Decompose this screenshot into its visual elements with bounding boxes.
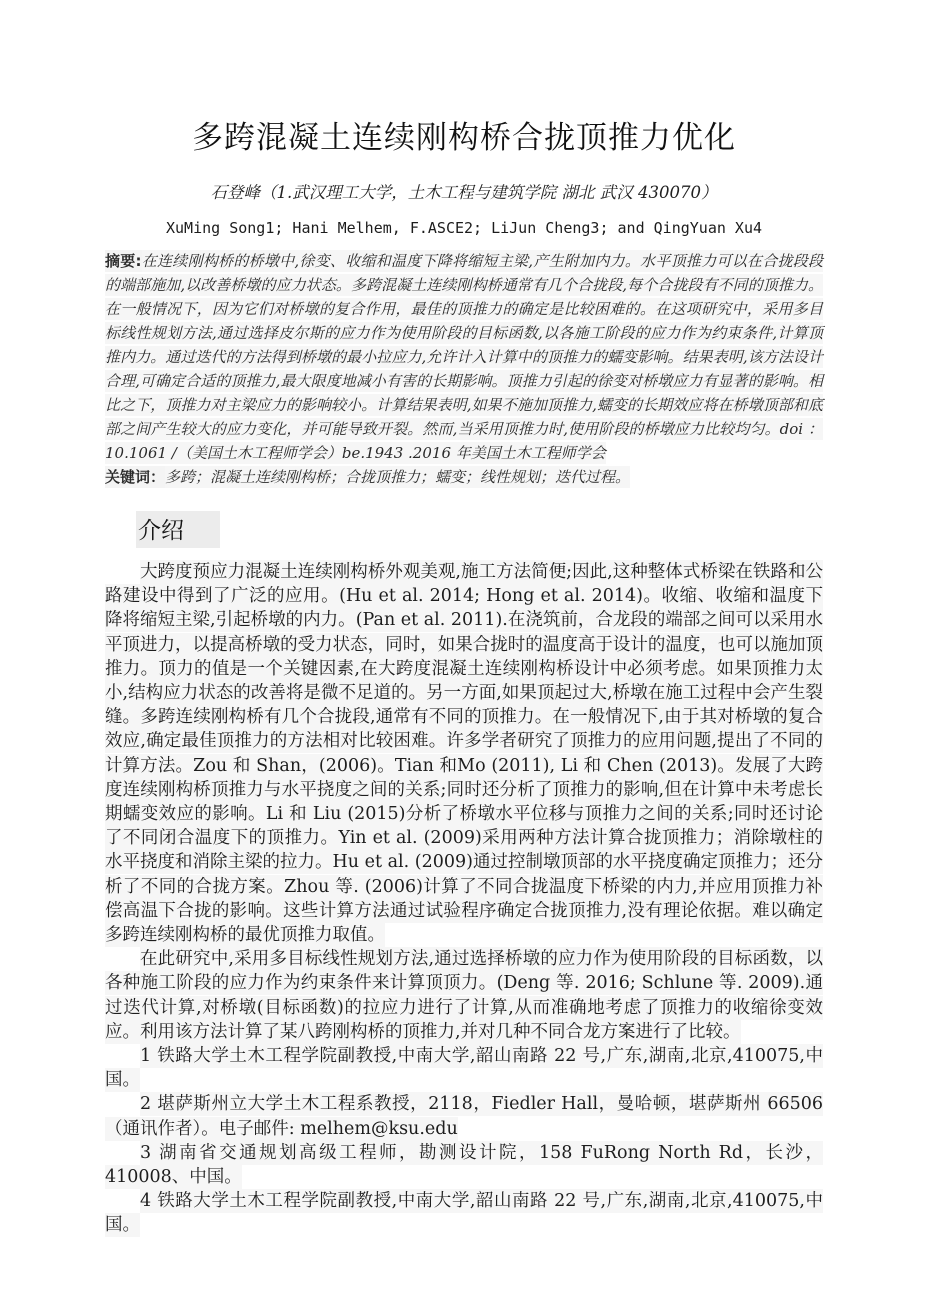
document-page: 多跨混凝土连续刚构桥合拢顶推力优化 石登峰（1.武汉理工大学，土木工程与建筑学院…: [0, 0, 926, 1309]
body-paragraph-text: 大跨度预应力混凝土连续刚构桥外观美观,施工方法简便;因此,这种整体式桥梁在铁路和…: [105, 560, 823, 947]
keywords-text: 多跨；混凝土连续刚构桥；合拢顶推力；蠕变；线性规划；迭代过程。: [165, 466, 630, 488]
introduction-heading: 介绍: [136, 511, 823, 548]
author-footnote: 3 湖南省交通规划高级工程师，勘测设计院，158 FuRong North Rd…: [105, 1141, 823, 1189]
author-footnote-text: 1 铁路大学土木工程学院副教授,中南大学,韶山南路 22 号,广东,湖南,北京,…: [105, 1044, 823, 1092]
abstract-label: 摘要:: [105, 250, 142, 272]
abstract-paragraph: 摘要:在连续刚构桥的桥墩中,徐变、收缩和温度下降将缩短主梁,产生附加内力。水平顶…: [105, 249, 823, 465]
body-paragraph-text: 在此研究中,采用多目标线性规划方法,通过选择桥墩的应力作为使用阶段的目标函数，以…: [105, 947, 823, 1044]
introduction-paragraphs: 大跨度预应力混凝土连续刚构桥外观美观,施工方法简便;因此,这种整体式桥梁在铁路和…: [105, 560, 823, 1044]
author-footnote: 1 铁路大学土木工程学院副教授,中南大学,韶山南路 22 号,广东,湖南,北京,…: [105, 1044, 823, 1092]
document-content: 多跨混凝土连续刚构桥合拢顶推力优化 石登峰（1.武汉理工大学，土木工程与建筑学院…: [105, 0, 823, 1238]
author-footnote: 2 堪萨斯州立大学土木工程系教授，2118，Fiedler Hall，曼哈顿，堪…: [105, 1092, 823, 1140]
author-footnote-text: 4 铁路大学土木工程学院副教授,中南大学,韶山南路 22 号,广东,湖南,北京,…: [105, 1189, 823, 1237]
author-footnote-text: 2 堪萨斯州立大学土木工程系教授，2118，Fiedler Hall，曼哈顿，堪…: [105, 1092, 823, 1140]
author-footnote: 4 铁路大学土木工程学院副教授,中南大学,韶山南路 22 号,广东,湖南,北京,…: [105, 1189, 823, 1237]
author-affiliation-line: 石登峰（1.武汉理工大学，土木工程与建筑学院 湖北 武汉 430070）: [105, 179, 823, 203]
introduction-heading-text: 介绍: [136, 511, 220, 548]
keywords-line: 关键词：多跨；混凝土连续刚构桥；合拢顶推力；蠕变；线性规划；迭代过程。: [105, 465, 823, 489]
body-paragraph: 在此研究中,采用多目标线性规划方法,通过选择桥墩的应力作为使用阶段的目标函数，以…: [105, 947, 823, 1044]
author-footnote-text: 3 湖南省交通规划高级工程师，勘测设计院，158 FuRong North Rd…: [105, 1141, 823, 1189]
abstract-text: 在连续刚构桥的桥墩中,徐变、收缩和温度下降将缩短主梁,产生附加内力。水平顶推力可…: [105, 250, 823, 464]
keywords-label: 关键词：: [105, 466, 165, 488]
english-author-line: XuMing Song1; Hani Melhem, F.ASCE2; LiJu…: [105, 219, 823, 237]
paper-title: 多跨混凝土连续刚构桥合拢顶推力优化: [105, 112, 823, 157]
author-footnotes: 1 铁路大学土木工程学院副教授,中南大学,韶山南路 22 号,广东,湖南,北京,…: [105, 1044, 823, 1238]
body-paragraph: 大跨度预应力混凝土连续刚构桥外观美观,施工方法简便;因此,这种整体式桥梁在铁路和…: [105, 560, 823, 947]
